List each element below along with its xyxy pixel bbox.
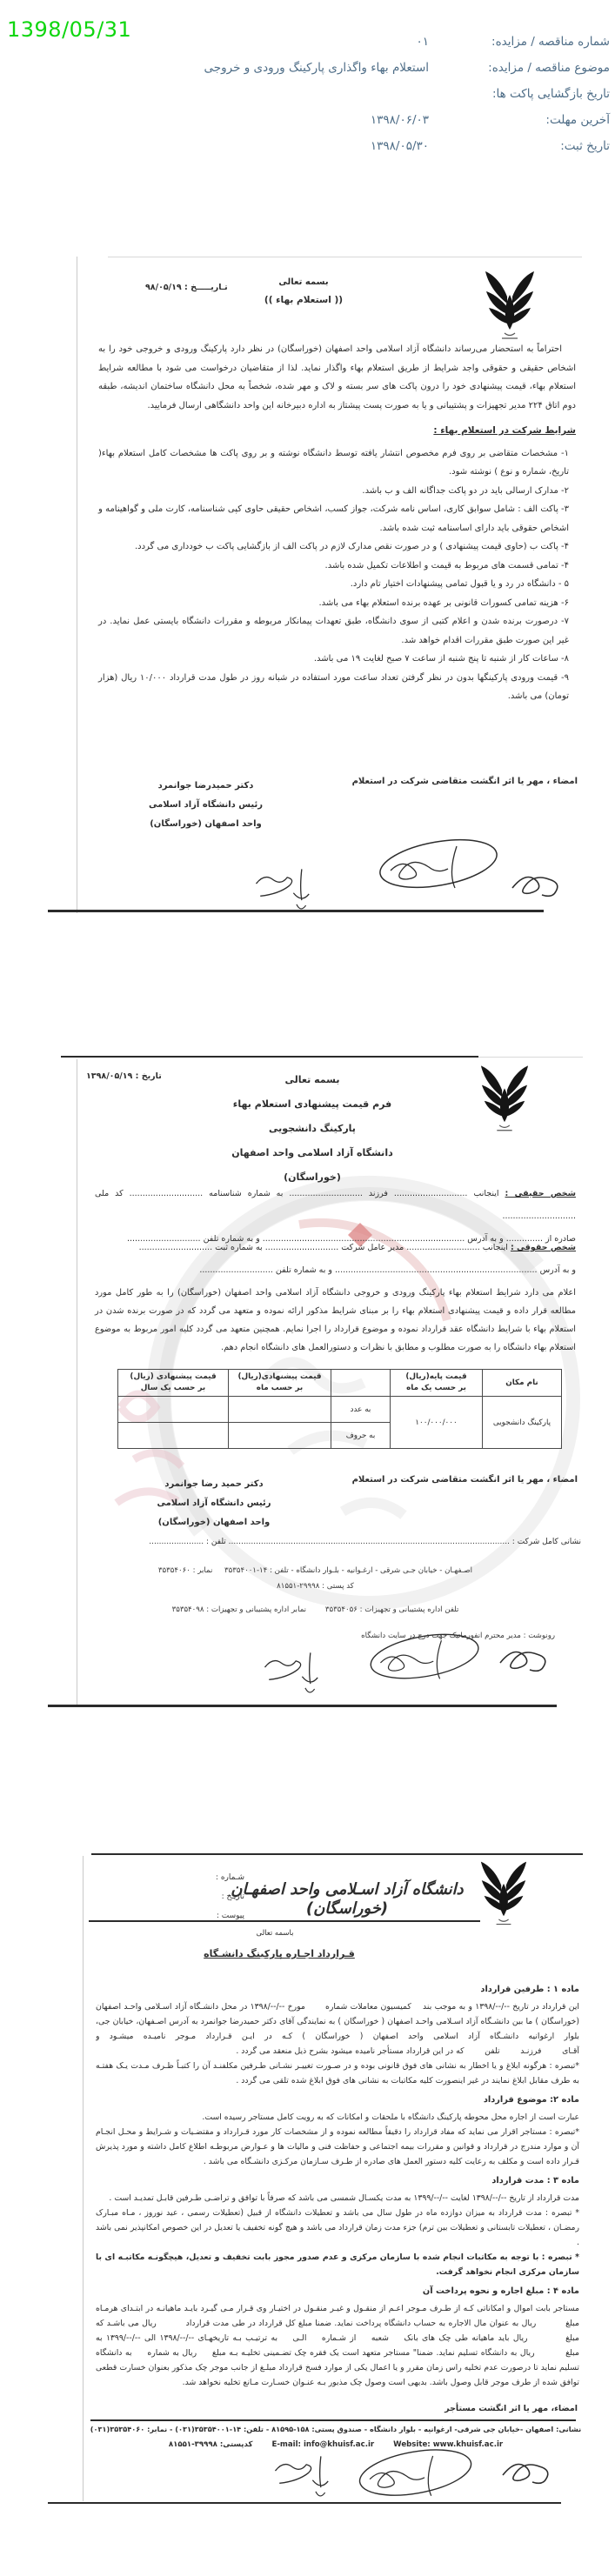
term-item: ۵ - دانشگاه در رد و یا قبول تمامی پیشنها… xyxy=(98,575,576,594)
footer-dept-phones: تلفن اداره پشتیبانی و تجهیزات : ۳۵۳۵۴۰۵۶… xyxy=(77,1605,553,1614)
bismillah: بسمه تعالی xyxy=(208,1068,417,1092)
president-title: رئیس دانشگاه آزاد اسلامی xyxy=(125,796,286,815)
term-item: ۹- قیمت ورودی پارکینگها بدون در نظر گرفت… xyxy=(98,669,576,706)
letterhead-university-name: دانشگاه آزاد اسـلامی واحد اصفهـان (خوراس… xyxy=(221,1880,473,1919)
article-1-title: ماده ۱ : طرفین قرارداد xyxy=(96,1982,579,1997)
tender-meta: شماره مناقصه / مزایده: ۰۱ موضوع مناقصه /… xyxy=(0,33,610,164)
scanned-doc-lease-contract: شـماره : تاریـخ : پیوست : دانشگاه آزاد ا… xyxy=(83,1856,588,2501)
footer-postal-code: کدپستی: ۳۹۹۹۸-۸۱۵۵۱ xyxy=(169,2440,253,2449)
field-value: استعلام بهاء واگذاری پارکینگ ورودی و خرو… xyxy=(204,59,429,77)
cell-mode-numeric: به عدد xyxy=(331,1397,391,1423)
article-4-title: ماده ۴ : مبلغ اجاره و نحوه پرداخت آن xyxy=(96,2284,579,2299)
page-top-edge xyxy=(61,1056,478,1058)
doc-title: (( استعلام بهاء )) xyxy=(208,295,399,305)
signature-scribble xyxy=(257,2454,353,2498)
article-2-text: عبارت است از اجاره محل محوطه پارکینگ دان… xyxy=(96,2110,579,2125)
declaration-paragraph: اعلام می دارد شرایط استعلام بهاء پارکینگ… xyxy=(95,1284,576,1357)
page-top-edge xyxy=(108,257,582,257)
field-row-tender-number: شماره مناقصه / مزایده: ۰۱ xyxy=(0,33,610,50)
signature-scribble xyxy=(499,2453,560,2494)
contract-title: قـرارداد اجـاره پارکینگ دانشـگاه xyxy=(166,1948,392,1959)
cell-proposed-month-words[interactable] xyxy=(229,1423,331,1449)
doc-date: تاریخ : ۱۳۹۸/۰۵/۱۹ xyxy=(86,1071,162,1081)
field-row-envelope-open-date: تاریخ بازگشایی پاکت ها: xyxy=(0,85,610,103)
article-3-title: ماده ۳ : مدت قرارداد xyxy=(96,2173,579,2188)
azad-university-logo xyxy=(484,270,536,342)
term-item: ۳- پاکت الف : شامل سوابق کاری، اساس نامه… xyxy=(98,500,576,537)
bismillah: باسمه تعالی xyxy=(223,1929,327,1938)
page-bottom-edge xyxy=(48,1705,557,1707)
scanned-doc-price-inquiry: بسمه تعالی (( استعلام بهاء )) تـاریـــــ… xyxy=(77,257,588,913)
contract-body: ماده ۱ : طرفین قرارداد این قرارداد در تا… xyxy=(96,1978,579,2406)
azad-university-logo xyxy=(479,1064,530,1134)
intro-paragraph: احتراماً به استحضار می‌رساند دانشگاه آزا… xyxy=(98,340,576,415)
legal-person-blanks: اینجانب ............................ مدی… xyxy=(139,1243,508,1252)
article-3-note2: * تبصره : با توجه به مکاتبات انجام شده ب… xyxy=(96,2250,579,2279)
footer-address: نشانی: اصفهان -خیابان جی شرقی- ارغوانیه … xyxy=(87,2425,585,2433)
footer-contact-row: کدپستی: ۳۹۹۹۸-۸۱۵۵۱ E-mail: info@khuisf.… xyxy=(84,2440,588,2449)
field-value: ۰۱ xyxy=(416,33,429,50)
field-label: تاریخ ثبت: xyxy=(479,137,610,155)
article-2-note: *تبصره : مستاجر اقرار می نماید که مفاد ق… xyxy=(96,2125,579,2169)
president-signature-block: دکتر حمید رضا جوانمرد رئیس دانشگاه آزاد … xyxy=(131,1475,297,1532)
cell-proposed-year-words[interactable] xyxy=(118,1423,229,1449)
signature-scribble xyxy=(509,865,570,907)
field-label: موضوع مناقصه / مزایده: xyxy=(479,59,610,77)
footer-address: اصـفهـان - خیابان جـی شرقی - ارغـوانیه -… xyxy=(77,1566,553,1575)
signature-scribble xyxy=(247,1651,343,1694)
legal-person-label: شخص حقوقی : xyxy=(511,1243,576,1252)
terms-title: شرایط شرکت در استعلام بهاء : xyxy=(98,422,576,441)
real-person-label: شخص حقیقی : xyxy=(505,1189,576,1198)
president-name: دکتر حمید رضا جوانمرد xyxy=(131,1475,297,1494)
tenant-signature-label: امضاء، مهر یا اثر انگشت مستأجر xyxy=(445,2404,578,2413)
field-label: آخرین مهلت: xyxy=(479,111,610,129)
cell-proposed-month-numeric[interactable] xyxy=(229,1397,331,1423)
signature-scribble xyxy=(238,867,334,911)
term-item: ۴- پاکت ب (حاوی قیمت پیشنهادی ) و در صور… xyxy=(98,537,576,557)
real-person-line1: شخص حقیقی : اینجانب ....................… xyxy=(95,1183,576,1228)
cell-mode-words: به حروف xyxy=(331,1423,391,1449)
field-row-deadline: آخرین مهلت: ۱۳۹۸/۰۶/۰۳ xyxy=(0,111,610,129)
table-header-row: نام مکان قیمت پایه(ریال)بر حسب یک ماه قی… xyxy=(118,1370,562,1397)
field-row-register-date: تاریخ ثبت: ۱۳۹۸/۰۵/۳۰ xyxy=(0,137,610,155)
president-unit: واحد اصفهان (خوراسگان) xyxy=(131,1513,297,1532)
footer-postal-code: کد پستی : ۲۹۹۹۸-۸۱۵۵۱ xyxy=(77,1582,553,1591)
page-bottom-edge xyxy=(48,2502,561,2504)
footer-rule xyxy=(90,2419,576,2421)
article-3-note1: * تبصره : مدت قرارداد به میزان دوازده ما… xyxy=(96,2206,579,2250)
article-4-text: مستاجر بابت اموال و امکاناتی کـه از طـرف… xyxy=(96,2301,579,2390)
page-bottom-edge xyxy=(48,910,544,912)
doc-title: فرم قیمت پیشنهادی استعلام بهاء xyxy=(208,1092,417,1117)
legal-person-line2: و به آدرس ..............................… xyxy=(95,1259,576,1282)
field-value: ۱۳۹۸/۰۵/۳۰ xyxy=(371,137,429,155)
table-row: پارکینگ دانشجویی ۱۰۰/۰۰۰/۰۰۰ به عدد xyxy=(118,1397,562,1423)
field-value: ۱۳۹۸/۰۶/۰۳ xyxy=(371,111,429,129)
doc-subtitle: پارکینگ دانشجویی xyxy=(208,1117,417,1141)
president-name: دکتر حمیدرضا جوانمرد xyxy=(125,777,286,796)
applicant-signature-label: امضاء ، مهر یا اثر انگشت متقاضی شرکت در … xyxy=(352,1475,578,1485)
cell-place: پارکینگ دانشجویی xyxy=(483,1397,562,1449)
page-top-edge xyxy=(91,1853,583,1855)
term-item: ۶- هزینه تمامی کسورات قانونی بر عهده برن… xyxy=(98,594,576,613)
doc-body: احتراماً به استحضار می‌رساند دانشگاه آزا… xyxy=(98,340,576,706)
real-person-blanks: اینجانب ............................ فرز… xyxy=(95,1189,576,1221)
president-unit: واحد اصفهان (خوراسگان) xyxy=(125,815,286,834)
col-place: نام مکان xyxy=(483,1370,562,1397)
doc-title-block: بسمه تعالی فرم قیمت پیشنهادی استعلام بها… xyxy=(208,1068,417,1190)
bismillah: بسمه تعالی xyxy=(208,277,399,287)
article-1-text: این قرارداد در تاریخ --/--/۱۳۹۸ و به موج… xyxy=(96,1999,579,2059)
signature-scribble xyxy=(364,1616,486,1698)
signature-scribble xyxy=(373,838,505,891)
col-proposed-month: قیمت پیشنهادی(ریال)بر حسب ماه xyxy=(229,1370,331,1397)
president-signature-block: دکتر حمیدرضا جوانمرد رئیس دانشگاه آزاد ا… xyxy=(125,777,286,834)
term-item: ۷- درصورت برنده شدن و اعلام کتبی از سوی … xyxy=(98,612,576,650)
article-2-title: ماده ۲: موضوع قرارداد xyxy=(96,2092,579,2107)
article-1-note: *تبصره : هرگونه ابلاغ و یا اخطار به نشان… xyxy=(96,2059,579,2088)
president-title: رئیس دانشگاه آزاد اسلامی xyxy=(131,1494,297,1513)
cell-proposed-year-numeric[interactable] xyxy=(118,1397,229,1423)
field-label: تاریخ بازگشایی پاکت ها: xyxy=(479,85,610,103)
azad-university-logo xyxy=(479,1859,528,1929)
doc-date: تـاریـــــخ : ۹۸/۰۵/۱۹ xyxy=(145,283,228,292)
tender-detail-page: { "header": { "scan_date": "1398/05/31",… xyxy=(0,0,615,2576)
company-address-blanks: نشانی کامل شرکت : ......................… xyxy=(84,1538,581,1546)
signature-scribble xyxy=(353,2447,479,2499)
col-base-price: قیمت پایه(ریال)بر حسب یک ماه xyxy=(391,1370,483,1397)
cell-base-price: ۱۰۰/۰۰۰/۰۰۰ xyxy=(391,1397,483,1449)
term-item: ۱- مشخصات متقاضی بر روی فرم مخصوص انتشار… xyxy=(98,444,576,482)
term-item: ۲- مدارک ارسالی باید در دو پاکت جداگانه … xyxy=(98,482,576,501)
term-item: ۴- تمامی قسمت های مربوط به قیمت و اطلاعا… xyxy=(98,557,576,576)
article-3-text: مدت قرارداد از تاریخ --/--/۱۳۹۸ لغایت --… xyxy=(96,2191,579,2206)
legal-person-fields: شخص حقوقی : اینجانب ....................… xyxy=(95,1237,576,1282)
col-mode xyxy=(331,1370,391,1397)
letterhead-rule xyxy=(89,1920,480,1922)
col-proposed-year: قیمت پیشنهادی (ریال)بر حسب یک سال xyxy=(118,1370,229,1397)
signature-scribble xyxy=(497,1640,558,1682)
term-item: ۸- ساعات کار از شنبه تا پنج شنبه از ساعت… xyxy=(98,650,576,669)
scanned-doc-price-proposal-form: تاریخ : ۱۳۹۸/۰۵/۱۹ بسمه تعالی فرم قیمت پ… xyxy=(77,1059,588,1705)
field-row-tender-subject: موضوع مناقصه / مزایده: استعلام بهاء واگذ… xyxy=(0,59,610,77)
page-top-edge-faint xyxy=(478,1057,583,1058)
price-table: نام مکان قیمت پایه(ریال)بر حسب یک ماه قی… xyxy=(117,1369,562,1449)
legal-person-line1: شخص حقوقی : اینجانب ....................… xyxy=(95,1237,576,1259)
field-label: شماره مناقصه / مزایده: xyxy=(479,33,610,50)
applicant-signature-label: امضاء ، مهر یا اثر انگشت متقاضی شرکت در … xyxy=(352,777,578,786)
